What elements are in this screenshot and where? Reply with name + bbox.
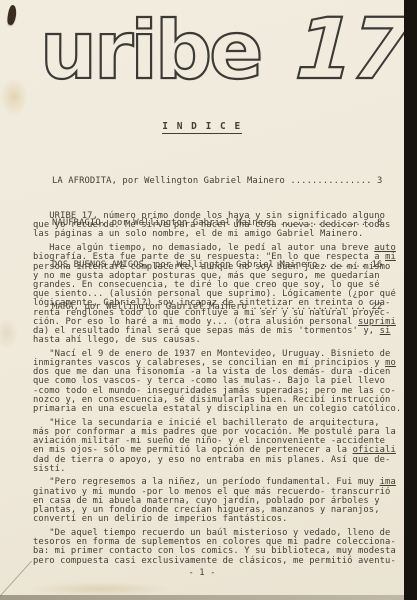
paper-stain (30, 582, 170, 596)
masthead-logo: uribe 17 (0, 0, 404, 100)
text-line: convertí en un delirio de imperios fantá… (33, 515, 395, 524)
scanned-zine-page: uribe 17 I N D I C E LA AFRODITA, por We… (0, 0, 417, 600)
text-line: sistí. (33, 465, 395, 474)
index-entry-leader: ............... (285, 176, 377, 186)
index-heading-text: I N D I C E (162, 121, 241, 134)
paper-stain (0, 318, 18, 348)
scan-edge-right (404, 0, 417, 600)
paragraph: "De aquel tiempo recuerdo un baúl mister… (33, 529, 395, 566)
paragraph: "Pero regresemos a la niñez, un período … (33, 478, 395, 524)
paper-crease (0, 561, 32, 599)
text-line: hasta ahí llego, de sus causas. (33, 336, 395, 345)
text-line: pero compuesta casi exclusivamente de cl… (33, 557, 395, 566)
paragraph: "Hice la secundaria e inicié el bachille… (33, 419, 395, 474)
logo-wordmark: uribe (40, 4, 260, 97)
paragraph: "Nací el 9 de enero de 1937 en Montevide… (33, 350, 395, 414)
index-entry-title: LA AFRODITA, por Wellington Gabriel Main… (52, 176, 285, 186)
paragraph: Hace algún tiempo, no demasiado, le pedí… (33, 244, 395, 345)
text-line: dad de tierra o apoyo, y eso no entraba … (33, 456, 395, 465)
text-line: primaria en una escuela estatal y discip… (33, 405, 395, 414)
logo-issue-number: 17 (283, 1, 404, 98)
index-entry: LA AFRODITA, por Wellington Gabriel Main… (52, 174, 382, 188)
text-line: las páginas a un solo nombre, el de mi a… (33, 230, 395, 239)
paragraph: URIBE 17, número primo donde los haya y … (33, 212, 395, 240)
body-text: URIBE 17, número primo donde los haya y … (33, 212, 395, 566)
page-number: - 1 - (0, 568, 404, 578)
index-entry-page: 3 (377, 176, 382, 186)
index-heading: I N D I C E (0, 121, 404, 132)
